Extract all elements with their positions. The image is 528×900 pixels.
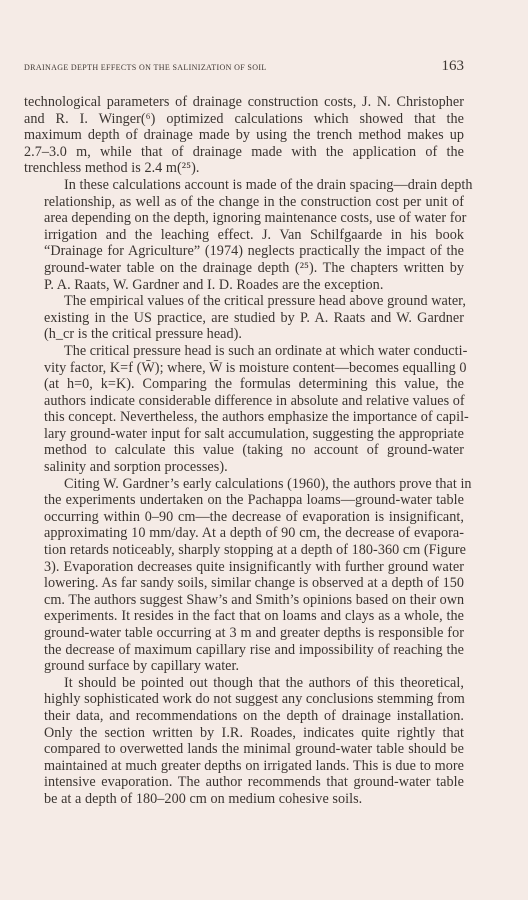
text-line: authors indicate considerable difference… — [24, 393, 464, 410]
text-line: P. A. Raats, W. Gardner and I. D. Roades… — [24, 277, 464, 294]
text-line: 2.7–3.0 m, while that of drainage made w… — [24, 144, 464, 161]
page-number: 163 — [442, 58, 465, 75]
text-line: In these calculations account is made of… — [24, 177, 464, 194]
running-head: DRAINAGE DEPTH EFFECTS ON THE SALINIZATI… — [24, 58, 464, 80]
book-page: DRAINAGE DEPTH EFFECTS ON THE SALINIZATI… — [24, 58, 464, 808]
text-line: lary ground-water input for salt accumul… — [24, 426, 464, 443]
text-line: ground surface by capillary water. — [24, 658, 464, 675]
text-line: It should be pointed out though that the… — [24, 675, 464, 692]
text-line: the experiments undertaken on the Pachap… — [24, 492, 464, 509]
body-text: technological parameters of drainage con… — [24, 94, 464, 808]
text-line: intensive evaporation. The author recomm… — [24, 774, 464, 791]
text-line: relationship, as well as of the change i… — [24, 194, 464, 211]
text-line: Only the section written by I.R. Roades,… — [24, 725, 464, 742]
text-line: technological parameters of drainage con… — [24, 94, 464, 111]
text-line: cm. The authors suggest Shaw’s and Smith… — [24, 592, 464, 609]
text-line: be at a depth of 180–200 cm on medium co… — [24, 791, 464, 808]
text-line: area depending on the depth, ignoring ma… — [24, 210, 464, 227]
text-line: tion retards noticeably, sharply stoppin… — [24, 542, 464, 559]
text-line: lowering. As far sandy soils, similar ch… — [24, 575, 464, 592]
text-line: compared to overwetted lands the minimal… — [24, 741, 464, 758]
text-line: maintained at much greater depths on irr… — [24, 758, 464, 775]
text-line: “Drainage for Agriculture” (1974) neglec… — [24, 243, 464, 260]
text-line: experiments. It resides in the fact that… — [24, 608, 464, 625]
text-line: ground-water table occurring at 3 m and … — [24, 625, 464, 642]
text-line: existing in the US practice, are studied… — [24, 310, 464, 327]
text-line: method to calculate this value (taking n… — [24, 442, 464, 459]
paragraph: technological parameters of drainage con… — [24, 94, 464, 177]
text-line: highly sophisticated work do not suggest… — [24, 691, 464, 708]
paragraph: The critical pressure head is such an or… — [24, 343, 464, 476]
text-line: this concept. Nevertheless, the authors … — [24, 409, 464, 426]
running-title: DRAINAGE DEPTH EFFECTS ON THE SALINIZATI… — [24, 61, 267, 73]
text-line: maximum depth of drainage made by using … — [24, 127, 464, 144]
text-line: trenchless method is 2.4 m(²⁵). — [24, 160, 464, 177]
text-line: The empirical values of the critical pre… — [24, 293, 464, 310]
text-line: occurring within 0–90 cm—the decrease of… — [24, 509, 464, 526]
text-line: approximating 10 mm/day. At a depth of 9… — [24, 525, 464, 542]
text-line: the decrease of maximum capillary rise a… — [24, 642, 464, 659]
text-line: vity factor, K=f (W̄); where, W̄ is mois… — [24, 360, 464, 377]
paragraph: Citing W. Gardner’s early calculations (… — [24, 476, 464, 675]
text-line: (at h=0, k=K). Comparing the formulas de… — [24, 376, 464, 393]
text-line: and R. I. Winger(⁶) optimized calculatio… — [24, 111, 464, 128]
text-line: their data, and recommendations on the d… — [24, 708, 464, 725]
paragraph: In these calculations account is made of… — [24, 177, 464, 293]
text-line: 3). Evaporation decreases quite insignif… — [24, 559, 464, 576]
paragraph: It should be pointed out though that the… — [24, 675, 464, 808]
paragraph: The empirical values of the critical pre… — [24, 293, 464, 343]
text-line: The critical pressure head is such an or… — [24, 343, 464, 360]
text-line: salinity and sorption processes). — [24, 459, 464, 476]
text-line: irrigation and the leaching effect. J. V… — [24, 227, 464, 244]
text-line: (h_cr is the critical pressure head). — [24, 326, 464, 343]
text-line: Citing W. Gardner’s early calculations (… — [24, 476, 464, 493]
text-line: ground-water table on the drainage depth… — [24, 260, 464, 277]
